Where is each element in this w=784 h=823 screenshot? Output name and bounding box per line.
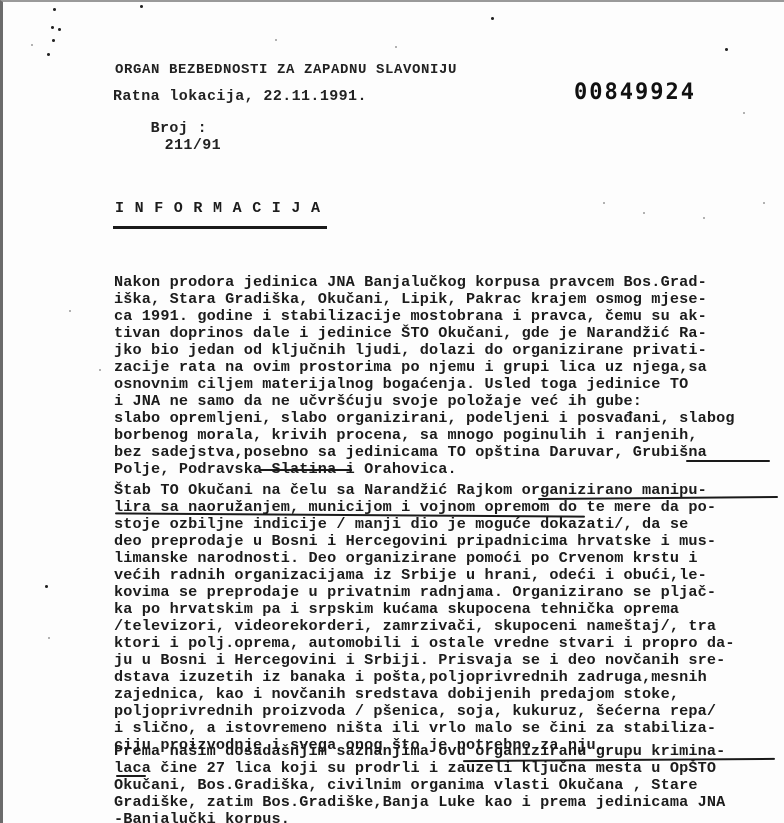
text-line: Gradiške, zatim Bos.Gradiške,Banja Luke … xyxy=(114,794,725,812)
text-line: limanske narodnosti. Deo organizirane po… xyxy=(114,550,698,568)
text-line: ju u Bosni i Hercegovini i Srbiji. Prisv… xyxy=(114,652,725,670)
underline-mark xyxy=(116,775,146,777)
text-line: većih radnih organizacijama iz Srbije u … xyxy=(114,567,707,585)
scan-speck xyxy=(743,112,745,114)
scan-speck xyxy=(643,212,645,214)
text-line: Okučani, Bos.Gradiška, civilnim organima… xyxy=(114,777,698,795)
scan-speck xyxy=(48,637,50,639)
document-title: INFORMACIJA xyxy=(115,200,331,217)
scan-speck xyxy=(45,585,48,588)
scan-speck xyxy=(603,202,605,204)
text-line: ka po hrvatskim pa i srpskim kućama skup… xyxy=(114,601,679,619)
scan-speck xyxy=(275,39,277,41)
text-line: laca čine 27 lica koji su prodrli i zauz… xyxy=(114,760,716,778)
scan-speck xyxy=(69,310,71,312)
text-line: /televizori, videorekorderi, zamrzivači,… xyxy=(114,618,716,636)
text-line: zajednica, kao i novčanih sredstava dobi… xyxy=(114,686,679,704)
text-line: poljoprivrednih proizvoda / pšenica, soj… xyxy=(114,703,716,721)
scan-speck xyxy=(763,202,765,204)
text-line: i slično, a istovremeno ništa ili vrlo m… xyxy=(114,720,716,738)
text-line: osnovnim ciljem materijalnog bogaćenja. … xyxy=(114,376,688,394)
scan-speck xyxy=(395,46,397,48)
text-line: i JNA ne samo da ne učvršćuju svoje polo… xyxy=(114,393,642,411)
underline-mark xyxy=(686,460,770,462)
text-line: stoje ozbiljne indicije / manji dio je m… xyxy=(114,516,688,534)
stamp-number: 00849924 xyxy=(574,80,696,105)
scan-speck xyxy=(725,48,728,51)
scan-speck xyxy=(99,369,101,371)
number-label: Broj : xyxy=(151,120,207,137)
text-line: Nakon prodora jedinica JNA Banjalučkog k… xyxy=(114,274,707,292)
text-line: borbenog morala, krivih procena, sa mnog… xyxy=(114,427,698,445)
number-value: 211/91 xyxy=(165,137,221,154)
scan-speck xyxy=(51,26,54,29)
text-line: dstava izuzetih iz banaka i pošta,poljop… xyxy=(114,669,707,687)
scan-speck xyxy=(53,8,56,11)
title-underline xyxy=(113,226,327,229)
text-line: zacije rata na ovim prostorima po njemu … xyxy=(114,359,707,377)
text-line: bez sadejstva,posebno sa jedinicama TO o… xyxy=(114,444,707,462)
text-line: slabo opremljeni, slabo organizirani, po… xyxy=(114,410,735,428)
scan-speck xyxy=(58,28,61,31)
text-line: deo preprodaje u Bosni i Hercegovini pri… xyxy=(114,533,716,551)
text-line: kovima se preprodaje u privatnim radnjam… xyxy=(114,584,716,602)
text-line: ca 1991. godine i stabilizacije mostobra… xyxy=(114,308,707,326)
text-line: iška, Stara Gradiška, Okučani, Lipik, Pa… xyxy=(114,291,707,309)
scan-speck xyxy=(491,17,494,20)
scanned-document-page: ORGAN BEZBEDNOSTI ZA ZAPADNU SLAVONIJU R… xyxy=(0,0,784,823)
scan-speck xyxy=(52,39,55,42)
scan-speck xyxy=(140,5,143,8)
text-line: tivan doprinos dale i jedinice ŠTO Okuča… xyxy=(114,325,707,343)
scan-speck xyxy=(47,53,50,56)
text-line: -Banjalučki korpus. xyxy=(114,811,290,823)
text-line: jko bio jedan od ključnih ljudi, dolazi … xyxy=(114,342,707,360)
scan-speck xyxy=(703,217,705,219)
document-number-row: Broj : 211/91 xyxy=(113,103,221,171)
strikethrough-mark xyxy=(260,469,352,471)
text-line: ktori i polj.oprema, automobili i ostale… xyxy=(114,635,735,653)
issuer-heading: ORGAN BEZBEDNOSTI ZA ZAPADNU SLAVONIJU xyxy=(115,62,457,78)
scan-speck xyxy=(31,44,33,46)
